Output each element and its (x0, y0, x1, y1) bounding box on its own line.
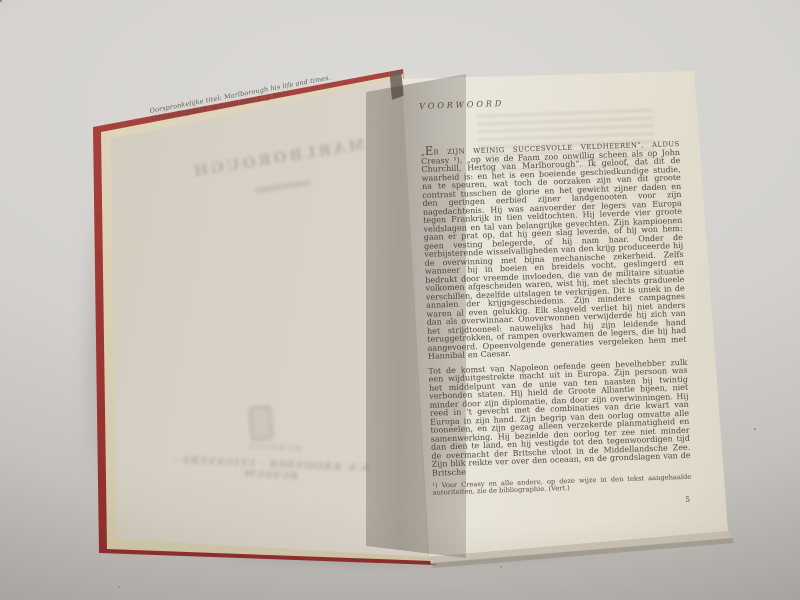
foreword-paragraph-2: Tot de komst van Napoleon oefende geen b… (428, 358, 691, 477)
ghost-showthrough-publisher-emblem (249, 405, 273, 440)
dust-specks (0, 0, 2, 2)
book-photo: Oorspronkelijke titel: Marlborough his l… (0, 0, 800, 600)
footnote: ¹) Voor Creasy en alle andere, op deze w… (432, 474, 691, 498)
